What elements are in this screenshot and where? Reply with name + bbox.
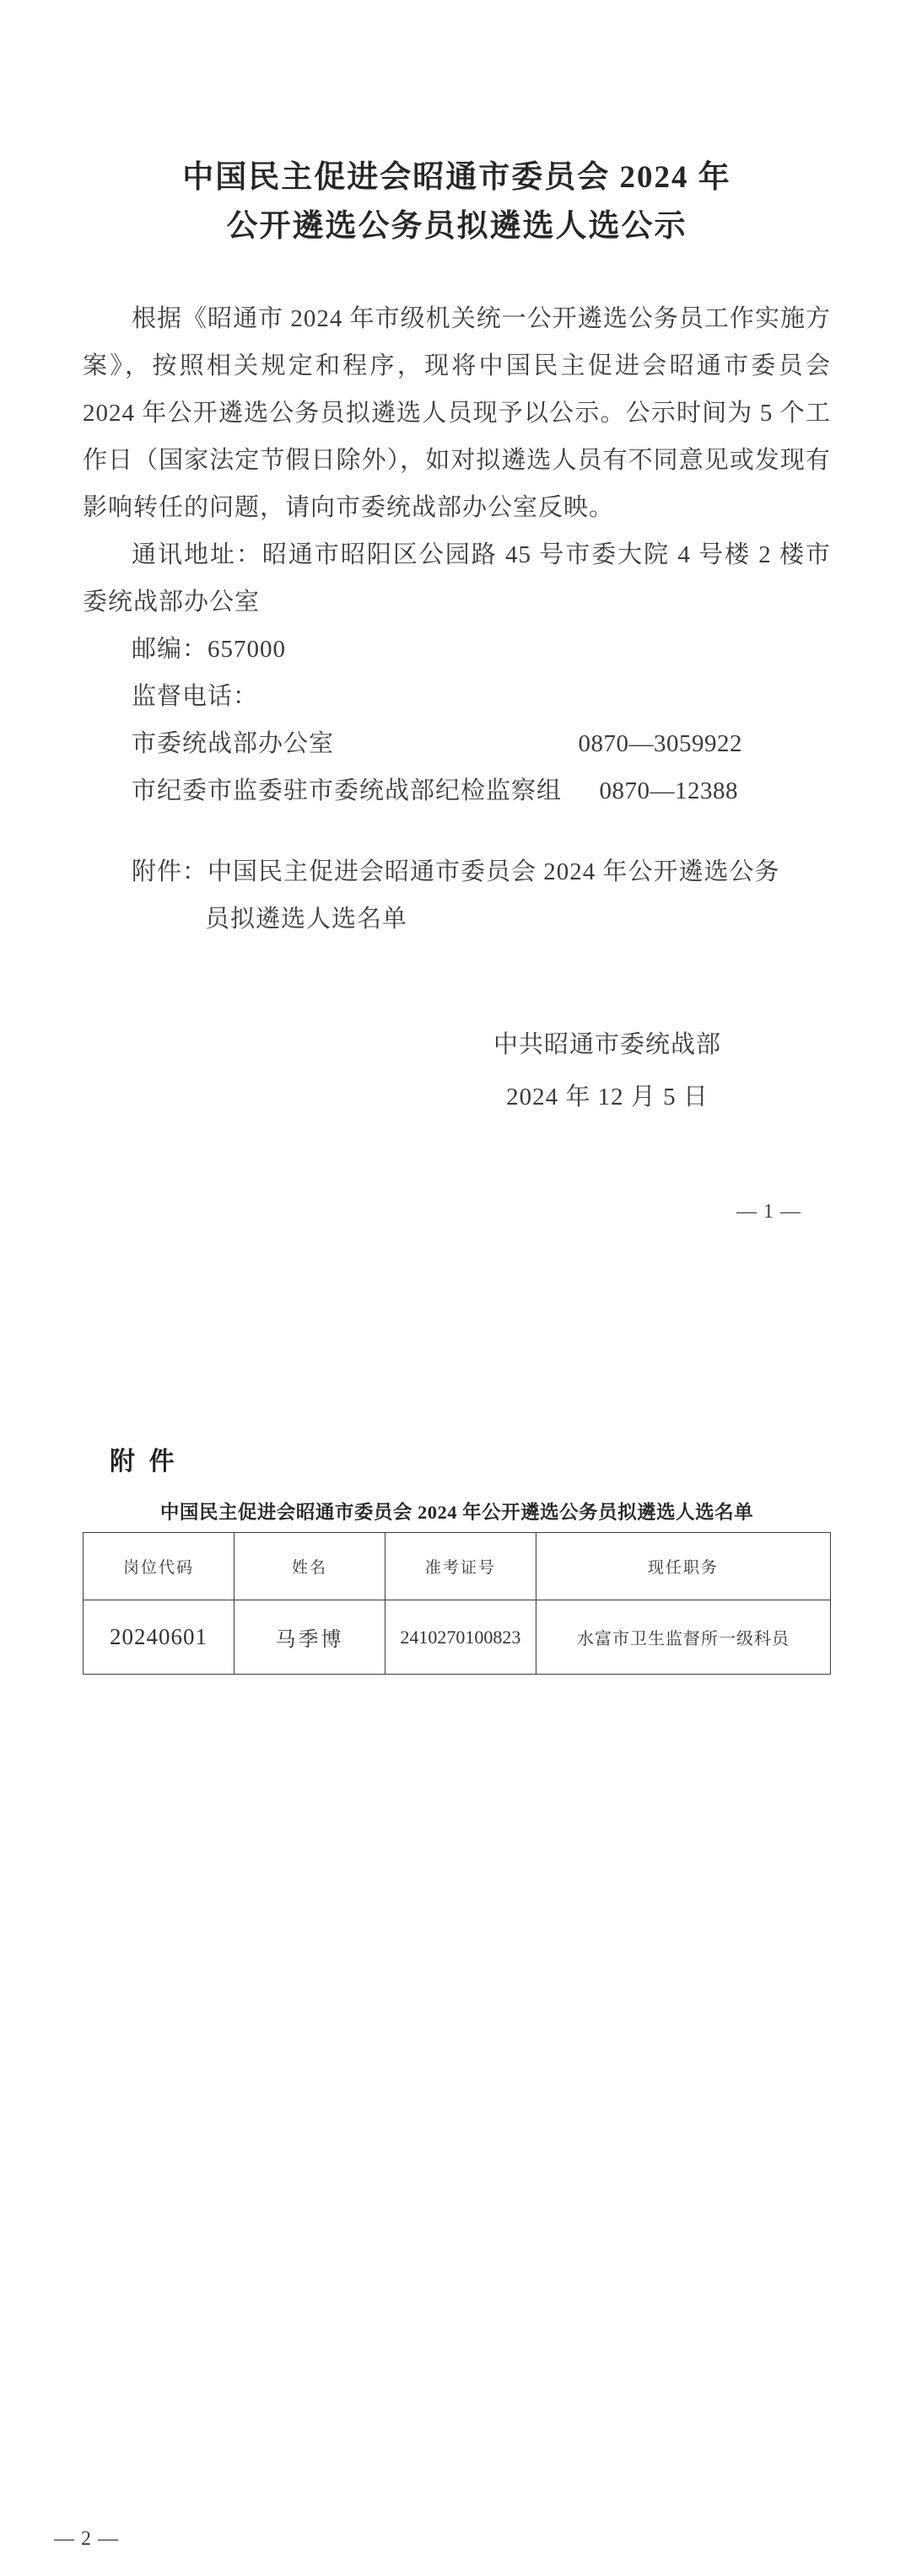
signature-date: 2024 年 12 月 5 日 [493,1071,721,1123]
document-title-line2: 公开遴选公务员拟遴选人选公示 [83,202,831,251]
phone-office-label: 市委统战部办公室 [83,720,334,767]
page-1-number: — 1 — [83,1199,831,1224]
col-header-position-code: 岗位代码 [84,1533,234,1600]
supervision-phone-heading: 监督电话： [83,673,831,720]
col-header-ticket-number: 准考证号 [385,1533,536,1600]
phone-office-number: 0870—3059922 [579,720,743,767]
cell-current-position: 水富市卫生监督所一级科员 [536,1600,830,1675]
page-1: 中国民主促进会昭通市委员会 2024 年 公开遴选公务员拟遴选人选公示 根据《昭… [0,0,911,1224]
postal-code: 邮编：657000 [83,626,831,673]
col-header-current-position: 现任职务 [536,1533,830,1600]
attachment-heading: 附 件 [110,1447,831,1477]
col-header-name: 姓名 [234,1533,385,1600]
phone-row-office: 市委统战部办公室 0870—3059922 [83,720,831,767]
roster-table: 岗位代码 姓名 准考证号 现任职务 20240601 马季博 241027010… [83,1532,831,1675]
table-row: 20240601 马季博 2410270100823 水富市卫生监督所一级科员 [84,1600,831,1675]
document-title: 中国民主促进会昭通市委员会 2024 年 公开遴选公务员拟遴选人选公示 [83,0,831,251]
phone-row-discipline-inspection: 市纪委市监委驻市委统战部纪检监察组 0870—12388 [83,767,831,815]
signature-inner: 中共昭通市委统战部 2024 年 12 月 5 日 [493,1019,721,1123]
signer-organization: 中共昭通市委统战部 [493,1019,721,1071]
table-header-row: 岗位代码 姓名 准考证号 现任职务 [84,1533,831,1600]
cell-position-code: 20240601 [84,1600,234,1675]
announcement-body-paragraph: 根据《昭通市 2024 年市级机关统一公开遴选公务员工作实施方案》，按照相关规定… [83,295,831,531]
attachment-reference-line2: 员拟遴选人选名单 [83,895,831,943]
document-title-line1: 中国民主促进会昭通市委员会 2024 年 [83,153,831,202]
page-2: 附 件 中国民主促进会昭通市委员会 2024 年公开遴选公务员拟遴选人选名单 岗… [0,1447,911,1675]
phone-discipline-label: 市纪委市监委驻市委统战部纪检监察组 [83,767,562,815]
signature-block: 中共昭通市委统战部 2024 年 12 月 5 日 [83,1019,831,1123]
cell-name: 马季博 [234,1600,385,1675]
announcement-document: 中国民主促进会昭通市委员会 2024 年 公开遴选公务员拟遴选人选公示 根据《昭… [0,0,911,2576]
roster-table-title: 中国民主促进会昭通市委员会 2024 年公开遴选公务员拟遴选人选名单 [83,1499,831,1526]
page-2-number: — 2 — [54,2526,119,2552]
cell-ticket-number: 2410270100823 [385,1600,536,1675]
attachment-reference-line1: 附件：中国民主促进会昭通市委员会 2024 年公开遴选公务 [83,848,831,895]
phone-discipline-number: 0870—12388 [600,767,739,815]
contact-address: 通讯地址：昭通市昭阳区公园路 45 号市委大院 4 号楼 2 楼市委统战部办公室 [83,531,831,626]
